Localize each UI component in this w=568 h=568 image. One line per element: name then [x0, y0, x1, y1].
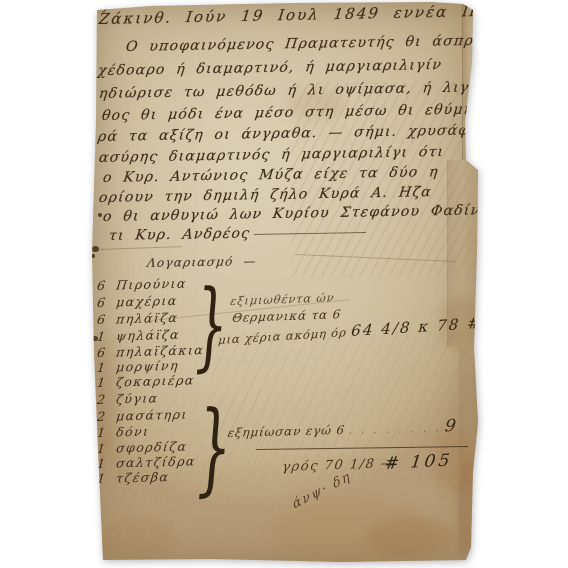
item-name: ζύγια: [115, 390, 159, 406]
qty: 2: [94, 409, 106, 424]
note-line: εξημίωσαν εγώ 6 . . . . . . . . . 9: [227, 416, 458, 442]
item-name: ψηλάϊζα: [115, 327, 181, 344]
total-amount: # 105: [384, 450, 454, 473]
qty: 1: [94, 471, 106, 486]
note-amounts: 64 4/8 κ 78 # 96.: [351, 312, 520, 340]
item-name: Πιρούνια: [115, 276, 187, 293]
note-line: μια χέρια ακόμη όρ: [218, 325, 348, 347]
stain: [99, 517, 174, 559]
handwritten-line: ο θι ανθυγιώ λων Κυρίου Στεφάνου Φαδίνης: [102, 202, 500, 225]
scanned-manuscript-photo: j Ζάκινθ. Ιούν 19 Ιουλ 1849 εννέα Πος Πα…: [0, 0, 568, 568]
item-name: πηλαϊζάκια: [115, 342, 205, 359]
inventory-row: 6 πηλάϊζα: [94, 310, 179, 327]
total-value: 105: [409, 450, 453, 472]
handwritten-line: θος θι μόδι ένα μέσο στη μέσω θι εθύμη: [101, 102, 474, 124]
qty: 1: [94, 375, 106, 390]
curly-brace-icon: }: [195, 384, 232, 512]
inventory-row: 6 πηλαϊζάκια: [94, 342, 205, 360]
qty: 2: [94, 392, 106, 407]
qty: 6: [94, 345, 106, 360]
inventory-row: 1 ψηλάϊζα: [94, 327, 181, 344]
qty: 1: [94, 441, 106, 456]
item-name: σαλτζίδρα: [115, 453, 196, 470]
manuscript-paper: j Ζάκινθ. Ιούν 19 Ιουλ 1849 εννέα Πος Πα…: [91, 2, 479, 562]
inventory-row: 6 μαχέρια: [94, 293, 178, 310]
note-text: εξημίωσαν εγώ 6: [227, 423, 346, 440]
stain: [366, 517, 456, 557]
handwritten-line: ρά τα αξίζη οι άνγραθα. — σήμι. χρυσάφι: [97, 122, 477, 145]
qty: 1: [94, 329, 106, 344]
signature-flourish: άνψ· δη: [291, 469, 353, 513]
qty: 6: [94, 295, 106, 310]
item-name: μορψίνη: [115, 358, 180, 375]
qty: 6: [94, 278, 106, 293]
handwritten-header-line: Ζάκινθ. Ιούν 19 Ιουλ 1849 εννέα Πος Παρα…: [98, 0, 568, 28]
inventory-row: 1 ζοκαριέρα: [94, 372, 195, 390]
handwritten-line: ο Κυρ. Αντώνιος Μύζα είχε τα δύο η: [102, 164, 440, 186]
piastre-mark: #: [384, 453, 404, 474]
bullet-dot: [98, 213, 102, 217]
qty: 1: [94, 456, 106, 471]
note-amount: 9: [444, 416, 458, 436]
handwritten-line: ασύρης διαμαρτινός ή μαργιαριλίγι ότι: [98, 144, 445, 166]
inventory-row: 1 δόνι: [94, 424, 150, 440]
item-name: πηλάϊζα: [115, 310, 179, 327]
inventory-row: 1 τζέσβα: [94, 469, 170, 486]
paper-shadow-wrap: j Ζάκινθ. Ιούν 19 Ιουλ 1849 εννέα Πος Πα…: [0, 0, 568, 568]
stain: [457, 457, 477, 552]
inventory-row: 2 μασάτηρι: [94, 407, 188, 424]
handwritten-line: ηδιώρισε τω μεθόδω ή λι οψίμασα, ή λιγά: [98, 79, 481, 102]
note-line: εξιμιωθέντα ών: [230, 290, 336, 308]
item-name: ζοκαριέρα: [115, 372, 195, 389]
qty: 1: [94, 425, 106, 440]
handwritten-line: Ο υποφαινόμενος Πραματευτής θι άσπρο-: [125, 33, 490, 55]
crease: [296, 254, 456, 262]
note-line: Θερμανικά τα 6: [232, 307, 342, 325]
total-rule: [256, 446, 468, 450]
handwritten-line: χέδοαρο ή διαμαρτινό, ή μαργιαριλιγίν: [97, 57, 443, 79]
handwritten-line: τι Κυρ. Ανδρέος: [108, 226, 251, 244]
qty: 1: [94, 360, 106, 375]
underline-rule: [100, 246, 182, 250]
fold-flap: [459, 347, 478, 557]
qty: 6: [94, 312, 106, 327]
inventory-row: 2 ζύγια: [94, 390, 159, 407]
item-name: μαχέρια: [115, 293, 178, 310]
curly-brace-icon: }: [193, 264, 229, 386]
ink-blot: [91, 254, 95, 258]
ink-blot: [92, 246, 99, 252]
item-name: μασάτηρι: [115, 407, 188, 424]
handwritten-line: ορίουν την δημιλή ζήλο Κυρά Α. Ηζα: [98, 184, 433, 206]
item-name: τζέσβα: [115, 469, 170, 485]
item-name: δόνι: [115, 424, 150, 440]
inventory-row: 1 σαλτζίδρα: [94, 453, 196, 471]
dotted-leader: . . . . . . . . .: [348, 423, 441, 436]
underline-rule: [254, 232, 366, 235]
inventory-row: 6 Πιρούνια: [94, 276, 187, 293]
